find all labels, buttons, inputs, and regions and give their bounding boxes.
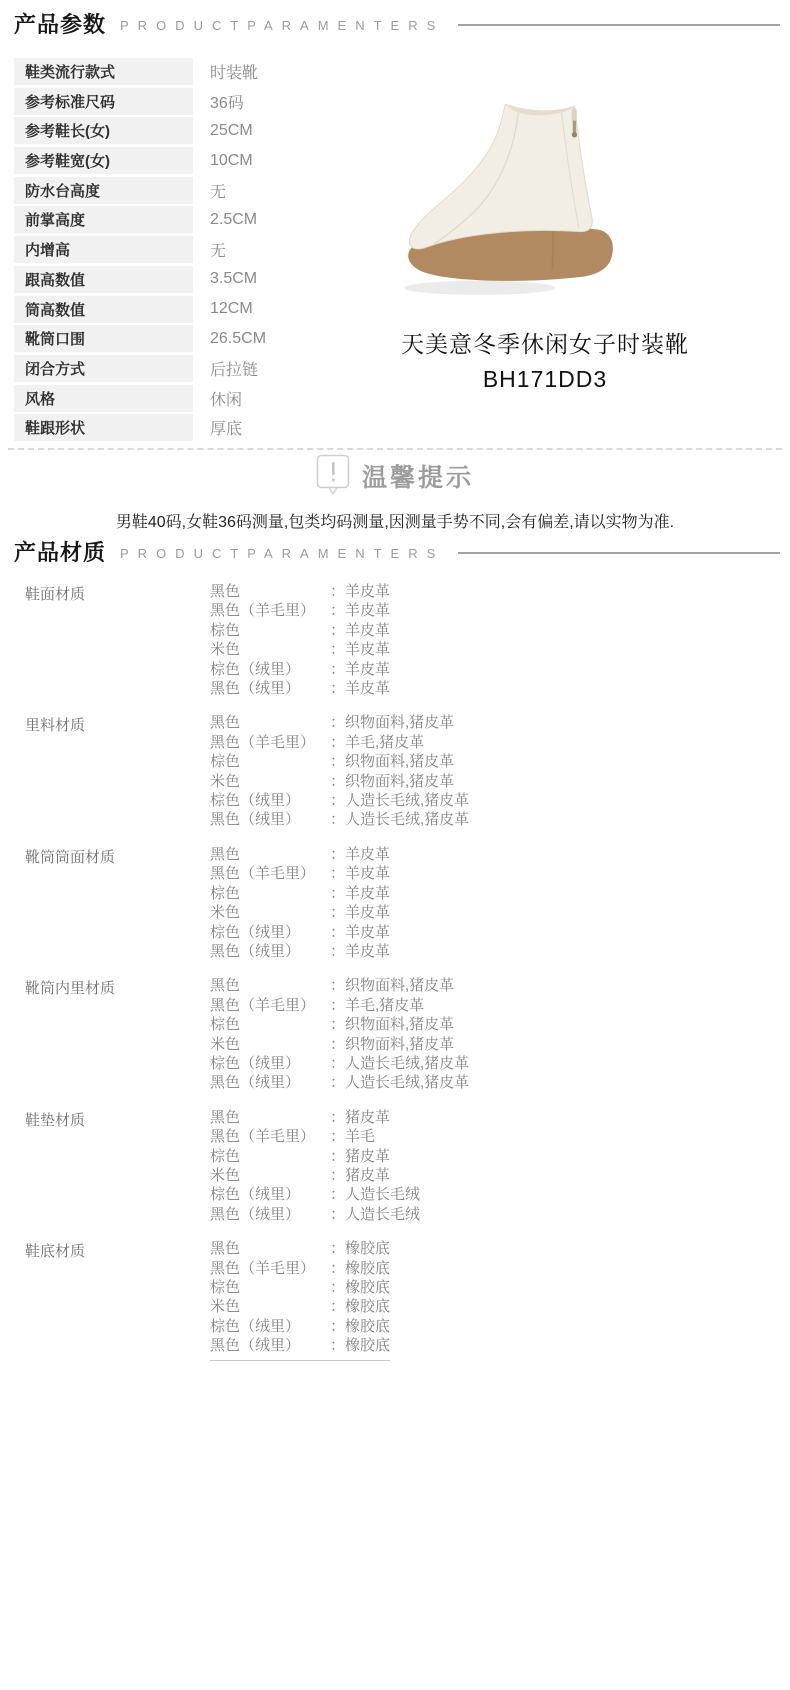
param-row: 参考标准尺码36码 — [14, 88, 414, 115]
param-label: 风格 — [14, 385, 193, 412]
material-section-label: 里料材质 — [25, 713, 210, 735]
material-value: ：橡胶底 — [330, 1278, 390, 1297]
material-row: 黑色（羊毛里）：羊毛 — [210, 1127, 420, 1146]
material-value: ：羊皮革 — [330, 640, 390, 659]
material-color: 棕色（绒里） — [210, 1054, 330, 1073]
material-section-label: 靴筒内里材质 — [25, 976, 210, 998]
material-value: ：织物面料,猪皮革 — [330, 1015, 454, 1034]
dashed-divider — [8, 448, 782, 450]
material-value: ：羊皮革 — [330, 679, 390, 698]
param-value: 时装靴 — [210, 58, 258, 85]
material-row: 黑色：织物面料,猪皮革 — [210, 713, 469, 732]
material-row: 棕色：羊皮革 — [210, 621, 390, 640]
material-value: ：人造长毛绒,猪皮革 — [330, 1054, 469, 1073]
material-value: ：羊皮革 — [330, 864, 390, 883]
material-color: 棕色（绒里） — [210, 791, 330, 810]
tips-title: 温馨提示 — [362, 458, 474, 494]
material-row: 黑色（羊毛里）：羊皮革 — [210, 601, 390, 620]
param-label: 前掌高度 — [14, 206, 193, 233]
material-value: ：羊毛 — [330, 1127, 375, 1146]
param-value: 无 — [210, 236, 226, 263]
material-color: 米色 — [210, 772, 330, 791]
material-row: 黑色（绒里）：人造长毛绒,猪皮革 — [210, 810, 469, 829]
material-color: 黑色（羊毛里） — [210, 864, 330, 883]
material-value: ：人造长毛绒 — [330, 1185, 420, 1204]
material-value: ：羊毛,猪皮革 — [330, 733, 424, 752]
material-value: ：羊皮革 — [330, 660, 390, 679]
material-rows: 黑色：橡胶底黑色（羊毛里）：橡胶底棕色：橡胶底米色：橡胶底棕色（绒里）：橡胶底黑… — [210, 1239, 390, 1360]
param-label: 参考鞋长(女) — [14, 117, 193, 144]
material-value: ：橡胶底 — [330, 1317, 390, 1336]
material-color: 棕色 — [210, 621, 330, 640]
material-row: 棕色：猪皮革 — [210, 1147, 420, 1166]
material-color: 黑色（绒里） — [210, 942, 330, 961]
material-value: ：羊皮革 — [330, 582, 390, 601]
material-color: 黑色（羊毛里） — [210, 733, 330, 752]
material-color: 黑色 — [210, 976, 330, 995]
header-rule — [458, 24, 780, 26]
material-value: ：橡胶底 — [330, 1259, 390, 1278]
material-section-label: 鞋面材质 — [25, 582, 210, 604]
param-row: 防水台高度无 — [14, 177, 414, 204]
material-value: ：羊皮革 — [330, 601, 390, 620]
material-color: 棕色 — [210, 752, 330, 771]
material-section-label: 鞋垫材质 — [25, 1108, 210, 1130]
material-section-label: 靴筒筒面材质 — [25, 845, 210, 867]
material-value: ：橡胶底 — [330, 1297, 390, 1316]
material-color: 黑色 — [210, 713, 330, 732]
param-row: 内增高无 — [14, 236, 414, 263]
param-value: 3.5CM — [210, 266, 257, 293]
material-value: ：羊皮革 — [330, 621, 390, 640]
params-header: 产品参数 PRODUCTPARAMENTERS — [14, 8, 780, 39]
material-row: 黑色：织物面料,猪皮革 — [210, 976, 469, 995]
material-color: 棕色（绒里） — [210, 660, 330, 679]
material-row: 黑色（绒里）：人造长毛绒 — [210, 1205, 420, 1224]
param-value: 10CM — [210, 147, 253, 174]
material-value: ：羊皮革 — [330, 903, 390, 922]
material-color: 黑色 — [210, 1239, 330, 1258]
material-row: 黑色：猪皮革 — [210, 1108, 420, 1127]
material-color: 棕色（绒里） — [210, 1185, 330, 1204]
param-row: 鞋跟形状厚底 — [14, 414, 414, 441]
material-color: 黑色（绒里） — [210, 1205, 330, 1224]
material-row: 棕色：橡胶底 — [210, 1278, 390, 1297]
param-value: 无 — [210, 177, 226, 204]
material-color: 棕色 — [210, 1147, 330, 1166]
material-value: ：羊毛,猪皮革 — [330, 996, 424, 1015]
material-row: 米色：羊皮革 — [210, 640, 390, 659]
material-value: ：织物面料,猪皮革 — [330, 752, 454, 771]
material-row: 黑色（绒里）：橡胶底 — [210, 1336, 390, 1355]
material-row: 棕色（绒里）：人造长毛绒 — [210, 1185, 420, 1204]
param-row: 前掌高度2.5CM — [14, 206, 414, 233]
param-label: 跟高数值 — [14, 266, 193, 293]
material-rows: 黑色：织物面料,猪皮革黑色（羊毛里）：羊毛,猪皮革棕色：织物面料,猪皮革米色：织… — [210, 976, 469, 1092]
material-row: 黑色（羊毛里）：羊毛,猪皮革 — [210, 733, 469, 752]
material-row: 黑色：羊皮革 — [210, 582, 390, 601]
material-color: 黑色（绒里） — [210, 810, 330, 829]
param-value: 后拉链 — [210, 355, 258, 382]
material-section: 里料材质黑色：织物面料,猪皮革黑色（羊毛里）：羊毛,猪皮革棕色：织物面料,猪皮革… — [25, 713, 790, 829]
material-color: 米色 — [210, 640, 330, 659]
material-color: 米色 — [210, 1297, 330, 1316]
material-color: 黑色（绒里） — [210, 1073, 330, 1092]
material-row: 米色：织物面料,猪皮革 — [210, 772, 469, 791]
param-row: 跟高数值3.5CM — [14, 266, 414, 293]
product-detail-page: 产品参数 PRODUCTPARAMENTERS 鞋类流行款式时装靴参考标准尺码3… — [0, 0, 790, 1690]
param-value: 休闲 — [210, 385, 242, 412]
param-row: 鞋类流行款式时装靴 — [14, 58, 414, 85]
product-code: BH171DD3 — [300, 366, 790, 393]
materials-list: 鞋面材质黑色：羊皮革黑色（羊毛里）：羊皮革棕色：羊皮革米色：羊皮革棕色（绒里）：… — [25, 582, 790, 1376]
material-value: ：人造长毛绒,猪皮革 — [330, 791, 469, 810]
material-row: 黑色（绒里）：羊皮革 — [210, 679, 390, 698]
material-color: 黑色（绒里） — [210, 1336, 330, 1355]
material-color: 黑色（绒里） — [210, 679, 330, 698]
material-row: 棕色（绒里）：橡胶底 — [210, 1317, 390, 1336]
params-header-title: 产品参数 — [14, 8, 106, 39]
material-section: 鞋面材质黑色：羊皮革黑色（羊毛里）：羊皮革棕色：羊皮革米色：羊皮革棕色（绒里）：… — [25, 582, 790, 698]
material-row: 棕色（绒里）：羊皮革 — [210, 660, 390, 679]
material-value: ：织物面料,猪皮革 — [330, 772, 454, 791]
material-value: ：猪皮革 — [330, 1166, 390, 1185]
material-rows: 黑色：猪皮革黑色（羊毛里）：羊毛棕色：猪皮革米色：猪皮革棕色（绒里）：人造长毛绒… — [210, 1108, 420, 1224]
material-value: ：织物面料,猪皮革 — [330, 713, 454, 732]
tips-header: 温馨提示 — [0, 454, 790, 500]
material-color: 黑色（羊毛里） — [210, 996, 330, 1015]
material-color: 黑色（羊毛里） — [210, 1259, 330, 1278]
material-value: ：羊皮革 — [330, 923, 390, 942]
boot-illustration — [400, 98, 625, 298]
material-value: ：羊皮革 — [330, 845, 390, 864]
param-label: 鞋类流行款式 — [14, 58, 193, 85]
material-section: 鞋底材质黑色：橡胶底黑色（羊毛里）：橡胶底棕色：橡胶底米色：橡胶底棕色（绒里）：… — [25, 1239, 790, 1360]
material-row: 黑色（羊毛里）：橡胶底 — [210, 1259, 390, 1278]
material-color: 黑色（羊毛里） — [210, 601, 330, 620]
material-row: 棕色（绒里）：羊皮革 — [210, 923, 390, 942]
product-title: 天美意冬季休闲女子时装靴 — [300, 326, 790, 359]
material-section-label: 鞋底材质 — [25, 1239, 210, 1261]
material-color: 米色 — [210, 1166, 330, 1185]
material-color: 黑色 — [210, 845, 330, 864]
material-value: ：人造长毛绒,猪皮革 — [330, 810, 469, 829]
material-row: 黑色（羊毛里）：羊毛,猪皮革 — [210, 996, 469, 1015]
material-color: 米色 — [210, 903, 330, 922]
material-value: ：橡胶底 — [330, 1336, 390, 1355]
param-row: 参考鞋宽(女)10CM — [14, 147, 414, 174]
material-color: 黑色 — [210, 1108, 330, 1127]
material-row: 黑色：橡胶底 — [210, 1239, 390, 1258]
params-header-subtitle: PRODUCTPARAMENTERS — [120, 18, 444, 33]
materials-header-subtitle: PRODUCTPARAMENTERS — [120, 546, 444, 561]
material-value: ：人造长毛绒,猪皮革 — [330, 1073, 469, 1092]
material-rows: 黑色：织物面料,猪皮革黑色（羊毛里）：羊毛,猪皮革棕色：织物面料,猪皮革米色：织… — [210, 713, 469, 829]
param-row: 筒高数值12CM — [14, 296, 414, 323]
param-value: 36码 — [210, 88, 244, 115]
material-row: 米色：织物面料,猪皮革 — [210, 1035, 469, 1054]
material-section: 靴筒内里材质黑色：织物面料,猪皮革黑色（羊毛里）：羊毛,猪皮革棕色：织物面料,猪… — [25, 976, 790, 1092]
tips-text: 男鞋40码,女鞋36码测量,包类均码测量,因测量手势不同,会有偏差,请以实物为准… — [0, 509, 790, 532]
material-row: 黑色：羊皮革 — [210, 845, 390, 864]
material-row: 棕色：织物面料,猪皮革 — [210, 752, 469, 771]
material-color: 米色 — [210, 1035, 330, 1054]
material-rows: 黑色：羊皮革黑色（羊毛里）：羊皮革棕色：羊皮革米色：羊皮革棕色（绒里）：羊皮革黑… — [210, 845, 390, 961]
header-rule — [458, 552, 780, 554]
material-row: 黑色（绒里）：羊皮革 — [210, 942, 390, 961]
param-label: 参考鞋宽(女) — [14, 147, 193, 174]
material-color: 棕色 — [210, 884, 330, 903]
material-color: 棕色 — [210, 1278, 330, 1297]
material-row: 米色：橡胶底 — [210, 1297, 390, 1316]
material-row: 黑色（羊毛里）：羊皮革 — [210, 864, 390, 883]
material-row: 黑色（绒里）：人造长毛绒,猪皮革 — [210, 1073, 469, 1092]
param-label: 内增高 — [14, 236, 193, 263]
material-section: 靴筒筒面材质黑色：羊皮革黑色（羊毛里）：羊皮革棕色：羊皮革米色：羊皮革棕色（绒里… — [25, 845, 790, 961]
materials-header-title: 产品材质 — [14, 536, 106, 567]
material-color: 棕色（绒里） — [210, 1317, 330, 1336]
materials-header: 产品材质 PRODUCTPARAMENTERS — [14, 536, 780, 567]
param-value: 厚底 — [210, 414, 242, 441]
param-label: 闭合方式 — [14, 355, 193, 382]
param-label: 参考标准尺码 — [14, 88, 193, 115]
material-row: 棕色：织物面料,猪皮革 — [210, 1015, 469, 1034]
material-color: 棕色 — [210, 1015, 330, 1034]
material-color: 棕色（绒里） — [210, 923, 330, 942]
material-value: ：羊皮革 — [330, 942, 390, 961]
material-color: 黑色 — [210, 582, 330, 601]
material-color: 黑色（羊毛里） — [210, 1127, 330, 1146]
material-value: ：橡胶底 — [330, 1239, 390, 1258]
param-row: 参考鞋长(女)25CM — [14, 117, 414, 144]
param-label: 靴筒口围 — [14, 325, 193, 352]
material-value: ：羊皮革 — [330, 884, 390, 903]
material-value: ：织物面料,猪皮革 — [330, 1035, 454, 1054]
material-value: ：织物面料,猪皮革 — [330, 976, 454, 995]
exclamation-bubble-icon — [316, 454, 352, 500]
param-value: 12CM — [210, 296, 253, 323]
material-row: 棕色：羊皮革 — [210, 884, 390, 903]
param-value: 25CM — [210, 117, 253, 144]
param-value: 26.5CM — [210, 325, 266, 352]
material-value: ：猪皮革 — [330, 1108, 390, 1127]
material-value: ：猪皮革 — [330, 1147, 390, 1166]
material-row: 棕色（绒里）：人造长毛绒,猪皮革 — [210, 791, 469, 810]
material-row: 米色：羊皮革 — [210, 903, 390, 922]
param-value: 2.5CM — [210, 206, 257, 233]
param-label: 鞋跟形状 — [14, 414, 193, 441]
product-image-boot — [400, 98, 625, 298]
material-value: ：人造长毛绒 — [330, 1205, 420, 1224]
param-label: 筒高数值 — [14, 296, 193, 323]
material-row: 米色：猪皮革 — [210, 1166, 420, 1185]
param-label: 防水台高度 — [14, 177, 193, 204]
material-section: 鞋垫材质黑色：猪皮革黑色（羊毛里）：羊毛棕色：猪皮革米色：猪皮革棕色（绒里）：人… — [25, 1108, 790, 1224]
material-row: 棕色（绒里）：人造长毛绒,猪皮革 — [210, 1054, 469, 1073]
material-rows: 黑色：羊皮革黑色（羊毛里）：羊皮革棕色：羊皮革米色：羊皮革棕色（绒里）：羊皮革黑… — [210, 582, 390, 698]
